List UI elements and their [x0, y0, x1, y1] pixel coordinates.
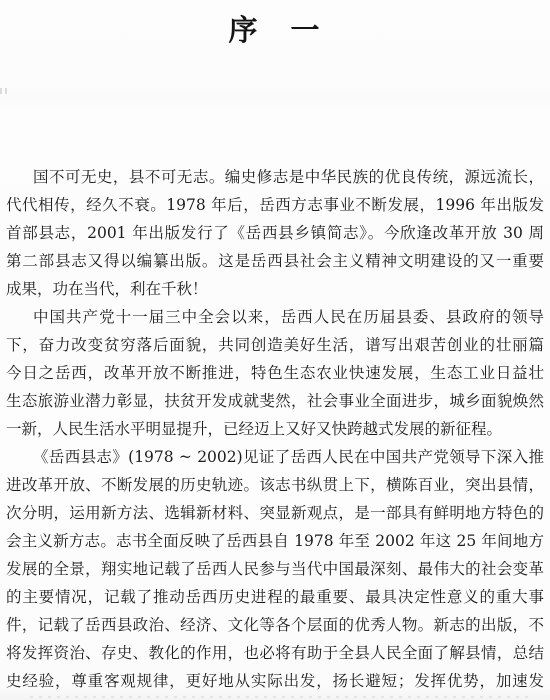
- text-line: 发展的全景，翔实地记载了岳西人民参与当代中国最深刻、最伟大的社会变革: [6, 555, 544, 583]
- text-line: 会主义新方志。志书全面反映了岳西县自 1978 年至 2002 年这 25 年间…: [6, 527, 544, 555]
- text-line: 一新，人民生活水平明显提升，已经迈上又好又快跨越式发展的新征程。: [6, 415, 544, 443]
- page-title: 序 一: [0, 8, 550, 49]
- scan-artifact: [0, 88, 8, 94]
- text-line: 今日之岳西，改革开放不断推进，特色生态农业快速发展，生态工业日益壮大，: [6, 359, 544, 387]
- text-line: 将发挥资治、存史、教化的作用，也必将有助于全县人民全面了解县情，总结历: [6, 639, 544, 667]
- scanned-document-page: 序 一 国不可无史，县不可无志。编史修志是中华民族的优良传统，源远流长， 代代相…: [0, 0, 550, 700]
- text-line: 《岳西县志》(1978 ~ 2002)见证了岳西人民在中国共产党领导下深入推: [6, 443, 544, 471]
- text-line: 的主要情况，记载了推动岳西历史进程的最重要、最具决定性意义的重大事: [6, 583, 544, 611]
- text-line: 次分明，运用新方法、选辑新材料、突显新观点，是一部具有鲜明地方特色的社: [6, 499, 544, 527]
- text-line: 中国共产党十一届三中全会以来，岳西人民在历届县委、县政府的领导: [6, 303, 544, 331]
- text-line: 国不可无史，县不可无志。编史修志是中华民族的优良传统，源远流长，: [6, 163, 544, 191]
- text-line: 史经验，尊重客观规律，更好地从实际出发，扬长避短；发挥优势，加速发展。: [6, 667, 544, 695]
- scan-artifact: [30, 696, 530, 698]
- preface-text-body: 国不可无史，县不可无志。编史修志是中华民族的优良传统，源远流长， 代代相传，经久…: [6, 163, 544, 695]
- text-line: 首部县志，2001 年出版发行了《岳西县乡镇简志》。今欣逢改革开放 30 周年，: [6, 219, 544, 247]
- text-line: 代代相传，经久不衰。1978 年后，岳西方志事业不断发展，1996 年出版发行了: [6, 191, 544, 219]
- text-line: 件，记载了岳西县政治、经济、文化等各个层面的优秀人物。新志的出版，不仅: [6, 611, 544, 639]
- text-line: 第二部县志又得以编纂出版。这是岳西县社会主义精神文明建设的又一重要: [6, 247, 544, 275]
- text-line: 生态旅游业潜力彰显，扶贫开发成就斐然，社会事业全面进步，城乡面貌焕然: [6, 387, 544, 415]
- text-line: 成果，功在当代，利在千秋！: [6, 275, 544, 303]
- text-line: 进改革开放、不断发展的历史轨迹。该志书纵贯上下，横陈百业，突出县情，主: [6, 471, 544, 499]
- text-line: 下，奋力改变贫穷落后面貌，共同创造美好生活，谱写出艰苦创业的壮丽篇章。: [6, 331, 544, 359]
